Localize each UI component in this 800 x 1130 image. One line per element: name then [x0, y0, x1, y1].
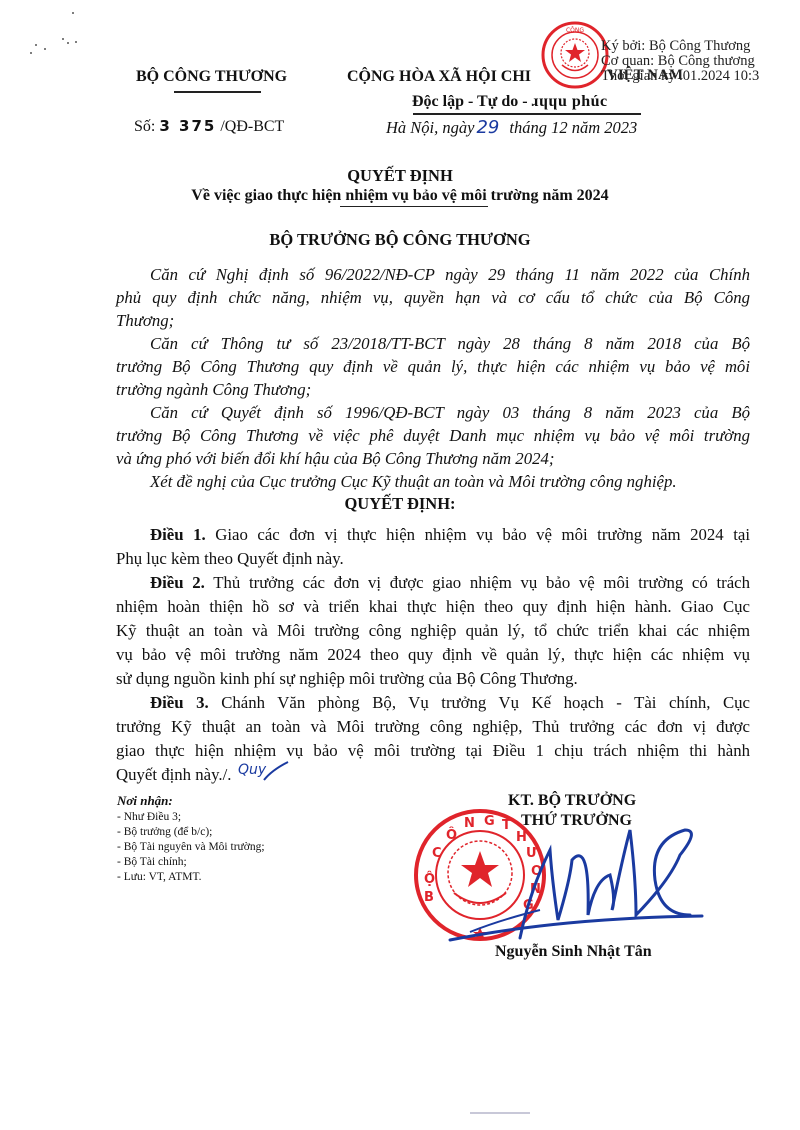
- article-2-line: nhiệm hoàn thiện hồ sơ và triển khai thự…: [116, 597, 750, 617]
- article-3-line: trưởng Kỹ thuật an toàn và Môi trường cô…: [116, 717, 750, 737]
- article-2-line: vụ bảo vệ môi trường năm 2024 theo quy đ…: [116, 645, 750, 665]
- recipients-title: Nơi nhận:: [117, 793, 173, 809]
- signature-title-1: KT. BỘ TRƯỞNG: [508, 792, 636, 810]
- decision-title: QUYẾT ĐỊNH: [0, 166, 800, 186]
- article-text: Chánh Văn phòng Bộ, Vụ trưởng Vụ Kế hoạc…: [209, 693, 750, 712]
- ministry-name: BỘ CÔNG THƯƠNG: [136, 68, 287, 86]
- article-1-line: Điều 1. Giao các đơn vị thực hiện nhiệm …: [116, 525, 750, 545]
- preamble-line: và ứng phó với biến đổi khí hậu của Bộ C…: [116, 449, 750, 469]
- signed-by: Ký bởi: Bộ Công Thương: [601, 39, 750, 54]
- signer-name: Nguyễn Sinh Nhật Tân: [495, 943, 652, 961]
- preamble-line: Xét đề nghị của Cục trưởng Cục Kỹ thuật …: [116, 472, 750, 492]
- recipient-item: - Bộ Tài chính;: [117, 855, 187, 870]
- motto-part-smudged: ɹɥɥu phúc: [532, 93, 608, 110]
- article-2-line: Điều 2. Thủ trưởng các đơn vị được giao …: [116, 573, 750, 593]
- signing-time-overlap: Thời gian ký VIỆT NAM: [601, 68, 679, 84]
- authority-title: BỘ TRƯỞNG BỘ CÔNG THƯƠNG: [0, 230, 800, 250]
- number-value: 3 375: [159, 117, 216, 135]
- recipient-item: - Như Điều 3;: [117, 810, 181, 825]
- preamble-line: Căn cứ Nghị định số 96/2022/NĐ-CP ngày 2…: [116, 265, 750, 285]
- scan-artifact: [470, 1112, 530, 1114]
- article-text: Thủ trưởng các đơn vị được giao nhiệm vụ…: [205, 573, 750, 592]
- preamble-line: trường ngành Công Thương;: [116, 380, 750, 400]
- preamble-line: Căn cứ Quyết định số 1996/QĐ-BCT ngày 03…: [116, 403, 750, 423]
- article-3-line: Điều 3. Chánh Văn phòng Bộ, Vụ trưởng Vụ…: [116, 693, 750, 713]
- initials-stroke-icon: [262, 760, 292, 784]
- preamble-line: Căn cứ Thông tư số 23/2018/TT-BCT ngày 2…: [116, 334, 750, 354]
- article-label: Điều 1.: [150, 525, 206, 544]
- article-3-line: Quyết định này./.: [116, 765, 231, 785]
- motto-underline: [413, 113, 641, 115]
- national-motto: Độc lập - Tự do - ɹɥɥu phúc: [412, 93, 608, 111]
- signing-time-value: .01.2024 10:3: [679, 68, 759, 84]
- recipient-item: - Bộ trưởng (để b/c);: [117, 825, 212, 840]
- republic-overlap: VIỆT NAM: [607, 68, 683, 83]
- decision-subject: Về việc giao thực hiện nhiệm vụ bảo vệ m…: [0, 187, 800, 205]
- article-2-line: sử dụng nguồn kinh phí sự nghiệp môi trư…: [116, 669, 750, 689]
- document-number: Số: 3 375 /QĐ-BCT: [134, 117, 284, 136]
- article-1-line: Phụ lục kèm theo Quyết định này.: [116, 549, 750, 569]
- svg-text:CÔNG: CÔNG: [566, 27, 584, 34]
- article-label: Điều 2.: [150, 573, 205, 592]
- article-2-line: Kỹ thuật an toàn và Môi trường công nghi…: [116, 621, 750, 641]
- republic-name: CỘNG HÒA XÃ HỘI CHI: [347, 68, 531, 86]
- article-3-line: giao thực hiện nhiệm vụ bảo vệ môi trườn…: [116, 741, 750, 761]
- motto-part: Độc lập - Tự do -: [412, 93, 532, 110]
- place-date: Hà Nội, ngày29tháng 12 năm 2023: [386, 117, 637, 138]
- ministry-underline: [174, 91, 261, 93]
- recipient-item: - Lưu: VT, ATMT.: [117, 870, 202, 885]
- signing-time: Thời gian ký VIỆT NAM .01.2024 10:3: [601, 69, 759, 84]
- preamble-line: trưởng Bộ Công Thương về việc phê duyệt …: [116, 426, 750, 446]
- preamble-line: phủ quy định chức năng, nhiệm vụ, quyền …: [116, 288, 750, 308]
- article-text: Giao các đơn vị thực hiện nhiệm vụ bảo v…: [206, 525, 750, 544]
- handwritten-day: 29: [474, 117, 509, 138]
- article-label: Điều 3.: [150, 693, 209, 712]
- handwritten-signature-icon: [440, 820, 710, 950]
- decision-heading: QUYẾT ĐỊNH:: [0, 494, 800, 514]
- place-date-suffix: tháng 12 năm 2023: [509, 118, 637, 137]
- subject-underline: [340, 206, 488, 207]
- number-label: Số:: [134, 118, 155, 135]
- recipient-item: - Bộ Tài nguyên và Môi trường;: [117, 840, 265, 855]
- preamble-line: trưởng Bộ Công Thương quy định về quản l…: [116, 357, 750, 377]
- digital-seal-icon: CÔNG: [540, 20, 610, 90]
- preamble-line: Thương;: [116, 311, 750, 331]
- number-suffix: /QĐ-BCT: [220, 118, 284, 135]
- place-date-prefix: Hà Nội, ngày: [386, 118, 474, 137]
